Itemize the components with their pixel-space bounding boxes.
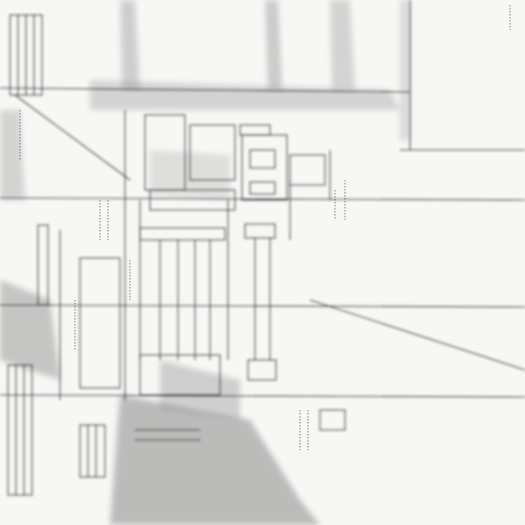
drawing-sheet	[0, 0, 525, 525]
drawing-canvas	[0, 0, 525, 525]
drawing-lines	[0, 0, 525, 495]
scan-smudges	[0, 0, 410, 525]
annotations	[20, 5, 510, 450]
